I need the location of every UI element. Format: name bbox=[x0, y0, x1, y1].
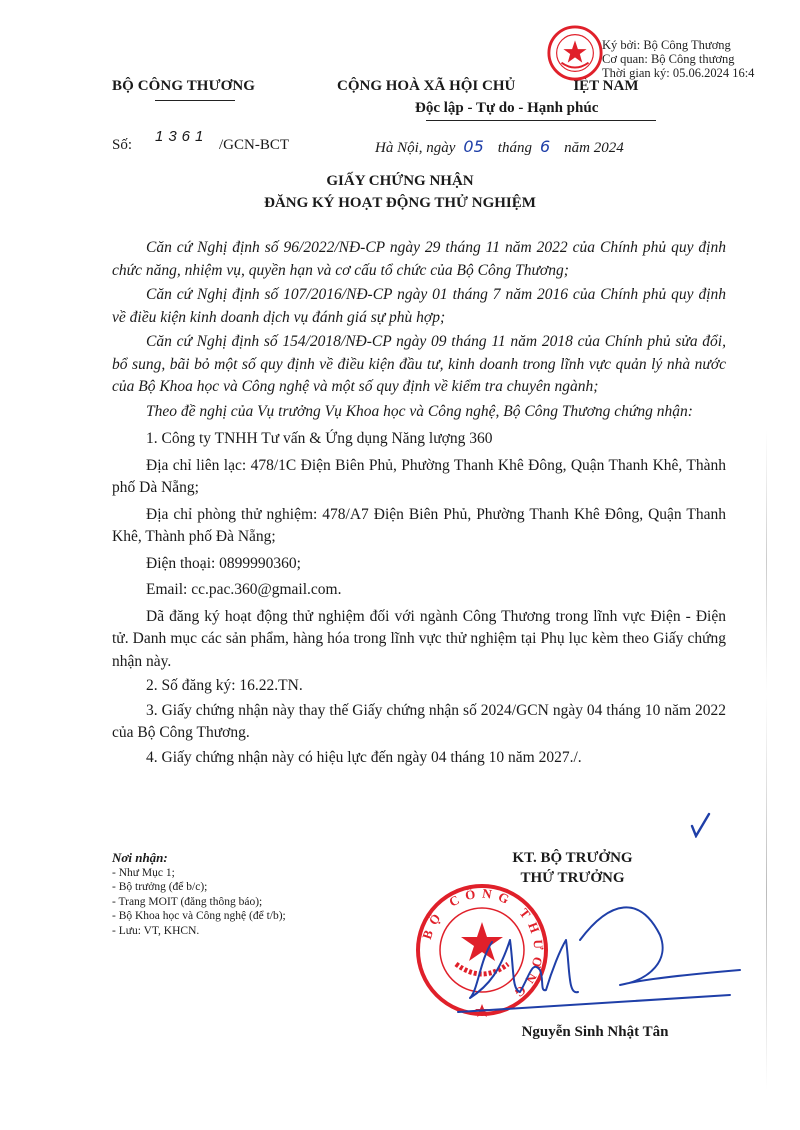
scan-edge-artifact bbox=[766, 430, 767, 1090]
organization-underline bbox=[155, 100, 235, 101]
digital-signature-info: Ký bởi: Bộ Công Thương Cơ quan: Bộ Công … bbox=[602, 38, 754, 80]
issuing-organization: BỘ CÔNG THƯƠNG bbox=[112, 78, 255, 95]
digital-seal-icon bbox=[546, 24, 604, 82]
recipient-item: - Trang MOIT (đăng thông báo); bbox=[112, 895, 286, 910]
signing-agency: Cơ quan: Bộ Công thương bbox=[602, 52, 754, 66]
recipients-block: Nơi nhận: - Như Mục 1; - Bộ trưởng (để b… bbox=[112, 851, 286, 938]
preamble-clause: Theo đề nghị của Vụ trưởng Vụ Khoa học v… bbox=[112, 401, 726, 424]
signer-name: Nguyễn Sinh Nhật Tân bbox=[400, 1024, 790, 1041]
document-subtitle: ĐĂNG KÝ HOẠT ĐỘNG THỬ NGHIỆM bbox=[0, 195, 800, 212]
year-label: năm 2024 bbox=[564, 140, 624, 156]
place-and-date: Hà Nội, ngày05tháng6năm 2024 bbox=[375, 137, 624, 157]
recipient-item: - Lưu: VT, KHCN. bbox=[112, 924, 286, 939]
document-body: Căn cứ Nghị định số 96/2022/NĐ-CP ngày 2… bbox=[112, 237, 726, 771]
recipients-heading: Nơi nhận: bbox=[112, 851, 286, 866]
signed-by: Ký bởi: Bộ Công Thương bbox=[602, 38, 754, 52]
replacement-clause: 3. Giấy chứng nhận này thay thế Giấy chứ… bbox=[112, 700, 726, 745]
registration-number: 2. Số đăng ký: 16.22.TN. bbox=[112, 675, 726, 698]
lab-address: Địa chỉ phòng thử nghiệm: 478/A7 Điện Bi… bbox=[112, 504, 726, 549]
handwritten-signature bbox=[440, 880, 770, 1020]
place-date-prefix: Hà Nội, ngày bbox=[375, 140, 455, 156]
validity-clause: 4. Giấy chứng nhận này có hiệu lực đến n… bbox=[112, 747, 726, 770]
month-label: tháng bbox=[498, 140, 532, 156]
contact-address: Địa chỉ liên lạc: 478/1C Điện Biên Phủ, … bbox=[112, 455, 726, 500]
preamble-clause: Căn cứ Nghị định số 154/2018/NĐ-CP ngày … bbox=[112, 331, 726, 399]
document-number: 1361 bbox=[155, 128, 208, 145]
document-title: GIẤY CHỨNG NHẬN bbox=[0, 173, 800, 190]
recipient-item: - Bộ trưởng (để b/c); bbox=[112, 880, 286, 895]
motto-underline bbox=[426, 120, 656, 121]
handwritten-check-mark-icon bbox=[690, 812, 712, 838]
recipient-item: - Bộ Khoa học và Công nghệ (để t/b); bbox=[112, 909, 286, 924]
signer-title: KT. BỘ TRƯỞNG bbox=[400, 850, 745, 867]
phone-number: Điện thoại: 0899990360; bbox=[112, 553, 726, 576]
company-name: 1. Công ty TNHH Tư vấn & Ứng dụng Năng l… bbox=[112, 428, 726, 451]
email-address: Email: cc.pac.360@gmail.com. bbox=[112, 579, 726, 602]
preamble-clause: Căn cứ Nghị định số 96/2022/NĐ-CP ngày 2… bbox=[112, 237, 726, 282]
national-title-left: CỘNG HOÀ XÃ HỘI CHỦ bbox=[337, 78, 515, 94]
handwritten-day: 05 bbox=[463, 137, 483, 156]
registration-scope: Dã đăng ký hoạt động thử nghiệm đối với … bbox=[112, 606, 726, 674]
national-motto: Độc lập - Tự do - Hạnh phúc bbox=[415, 100, 598, 117]
document-number-suffix: /GCN-BCT bbox=[219, 137, 289, 154]
signing-time: Thời gian ký: 05.06.2024 16:4 bbox=[602, 66, 754, 80]
handwritten-month: 6 bbox=[540, 137, 550, 156]
preamble-clause: Căn cứ Nghị định số 107/2016/NĐ-CP ngày … bbox=[112, 284, 726, 329]
document-number-label: Số: bbox=[112, 137, 132, 154]
recipient-item: - Như Mục 1; bbox=[112, 866, 286, 881]
